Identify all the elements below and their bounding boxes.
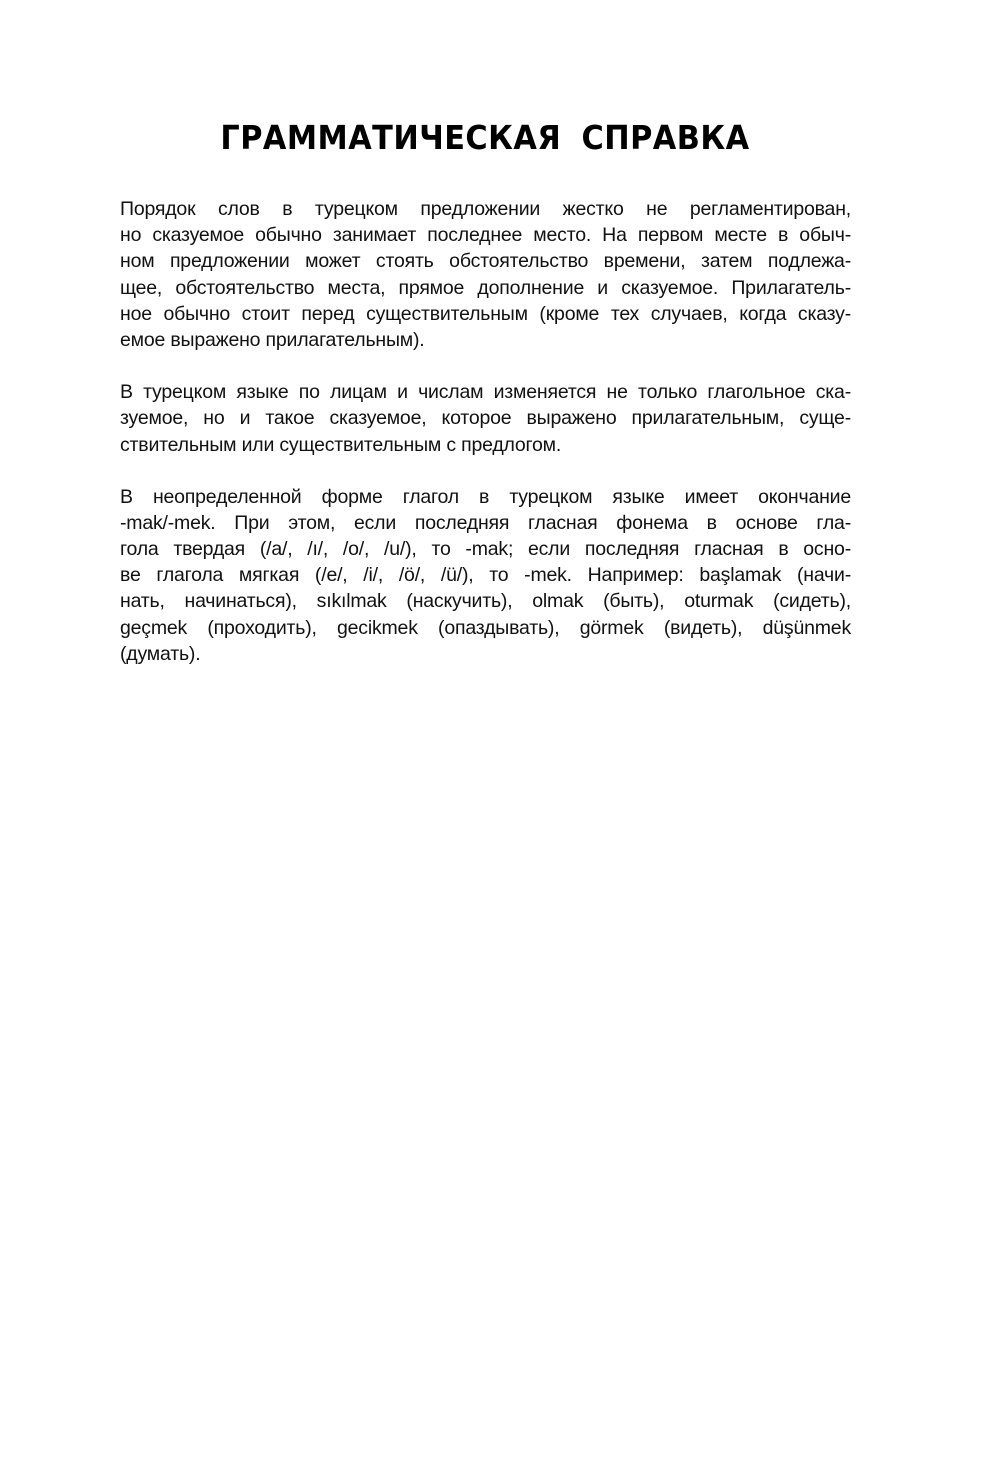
text-line: нать, начинаться), sıkılmak (наскучить),… bbox=[120, 588, 851, 614]
text-line: (думать). bbox=[120, 641, 851, 667]
paragraph-predicate-inflection: В турецком языке по лицам и числам измен… bbox=[120, 379, 851, 458]
text-line: Порядок слов в турецком предложении жест… bbox=[120, 196, 851, 222]
text-line: geçmek (проходить), gecikmek (опаздывать… bbox=[120, 615, 851, 641]
text-line: щее, обстоятельство места, прямое дополн… bbox=[120, 275, 851, 301]
paragraph-word-order: Порядок слов в турецком предложении жест… bbox=[120, 196, 851, 353]
text-line: ве глагола мягкая (/e/, /i/, /ö/, /ü/), … bbox=[120, 562, 851, 588]
text-line: емое выражено прилагательным). bbox=[120, 327, 851, 353]
text-line: гола твердая (/a/, /ı/, /o/, /u/), то -m… bbox=[120, 536, 851, 562]
paragraph-infinitive: В неопределенной форме глагол в турецком… bbox=[120, 484, 851, 667]
document-body: Порядок слов в турецком предложении жест… bbox=[120, 196, 851, 693]
page-title: ГРАММАТИЧЕСКАЯ СПРАВКА bbox=[39, 118, 931, 157]
text-line: В неопределенной форме глагол в турецком… bbox=[120, 484, 851, 510]
text-line: В турецком языке по лицам и числам измен… bbox=[120, 379, 851, 405]
text-line: зуемое, но и такое сказуемое, которое вы… bbox=[120, 405, 851, 431]
text-line: но сказуемое обычно занимает последнее м… bbox=[120, 222, 851, 248]
document-page: ГРАММАТИЧЕСКАЯ СПРАВКА Порядок слов в ту… bbox=[0, 0, 1000, 1467]
text-line: -mak/-mek. При этом, если последняя глас… bbox=[120, 510, 851, 536]
text-line: ном предложении может стоять обстоятельс… bbox=[120, 248, 851, 274]
text-line: ное обычно стоит перед существительным (… bbox=[120, 301, 851, 327]
text-line: ствительным или существительным с предло… bbox=[120, 432, 851, 458]
